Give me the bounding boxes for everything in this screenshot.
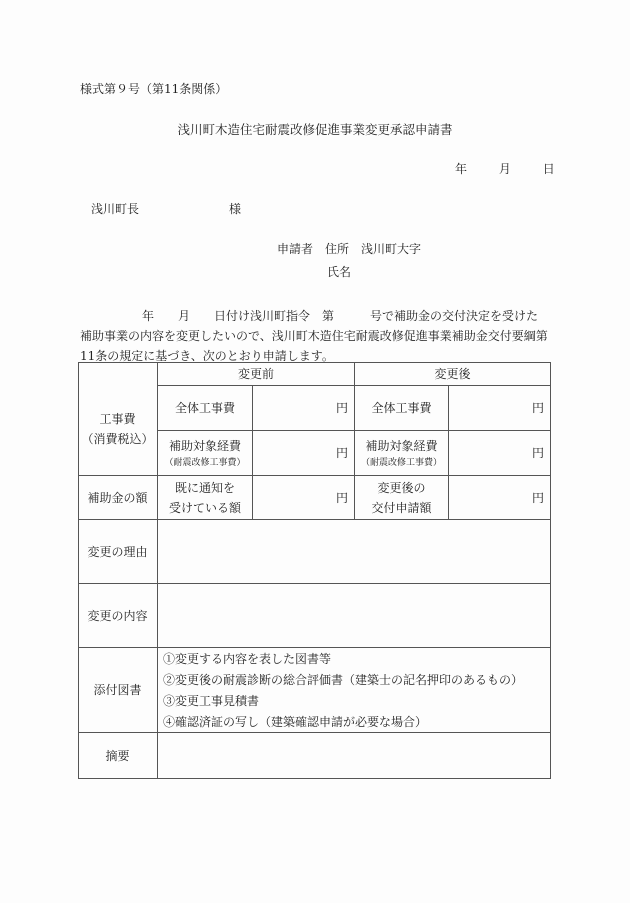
recipient: 浅川町長様 (91, 202, 241, 216)
content-label: 変更の内容 (78, 584, 157, 647)
address-label: 住所 (325, 242, 349, 256)
attachment-item: ④確認済証の写し（建築確認申請が必要な場合） (163, 712, 523, 733)
remarks-label: 摘要 (78, 733, 157, 778)
reason-label: 変更の理由 (78, 520, 157, 583)
construction-cost-label: 工事費 （消費税込） (78, 362, 157, 475)
remarks-field[interactable] (158, 733, 550, 778)
subsidy-target-after-field[interactable]: 円 (449, 431, 550, 475)
date-line: 年 月 日 (455, 162, 555, 176)
applicant-address: 申請者住所浅川町大字 (277, 242, 421, 256)
subsidy-target-label-before: 補助対象経費 （耐震改修工事費） (158, 431, 252, 475)
applicant-name: 氏名 (327, 265, 351, 279)
new-application-field[interactable]: 円 (449, 476, 550, 519)
recipient-honorific: 様 (229, 202, 241, 216)
total-cost-after-field[interactable]: 円 (449, 386, 550, 430)
notified-amount-field[interactable]: 円 (253, 476, 354, 519)
address-value[interactable]: 浅川町大字 (361, 242, 421, 256)
attachment-item: ①変更する内容を表した図書等 (163, 649, 523, 670)
attachments-list: ①変更する内容を表した図書等 ②変更後の耐震診断の総合評価書（建築士の記名押印の… (163, 649, 523, 733)
header-after: 変更後 (355, 362, 550, 385)
notified-amount-label: 既に通知を 受けている額 (158, 476, 252, 519)
new-application-label: 変更後の 交付申請額 (355, 476, 448, 519)
attachment-item: ②変更後の耐震診断の総合評価書（建築士の記名押印のあるもの） (163, 670, 523, 691)
body-text: 年 月 日付け浅川町指令 第 号で補助金の交付決定を受けた 補助事業の内容を変更… (80, 306, 555, 366)
total-cost-before-field[interactable]: 円 (253, 386, 354, 430)
attachments-label: 添付図書 (78, 648, 157, 732)
attachment-item: ③変更工事見積書 (163, 691, 523, 712)
reason-field[interactable] (158, 520, 550, 583)
document-title: 浅川町木造住宅耐震改修促進事業変更承認申請書 (0, 123, 630, 137)
body-line-1: 年 月 日付け浅川町指令 第 号で補助金の交付決定を受けた (80, 306, 555, 326)
total-cost-label-after: 全体工事費 (355, 386, 448, 430)
name-label: 氏名 (327, 265, 351, 279)
body-line-2: 補助事業の内容を変更したいので、浅川町木造住宅耐震改修促進事業補助金交付要綱第 (80, 326, 555, 346)
date-day: 日 (543, 162, 555, 176)
subsidy-amount-label: 補助金の額 (78, 476, 157, 519)
subsidy-target-label-after: 補助対象経費 （耐震改修工事費） (355, 431, 448, 475)
subsidy-target-before-field[interactable]: 円 (253, 431, 354, 475)
header-before: 変更前 (158, 362, 354, 385)
date-year: 年 (455, 162, 467, 176)
form-number: 様式第９号（第11条関係） (80, 82, 227, 96)
recipient-name: 浅川町長 (91, 202, 139, 216)
content-field[interactable] (158, 584, 550, 647)
total-cost-label-before: 全体工事費 (158, 386, 252, 430)
applicant-label: 申請者 (277, 242, 313, 256)
date-month: 月 (499, 162, 511, 176)
